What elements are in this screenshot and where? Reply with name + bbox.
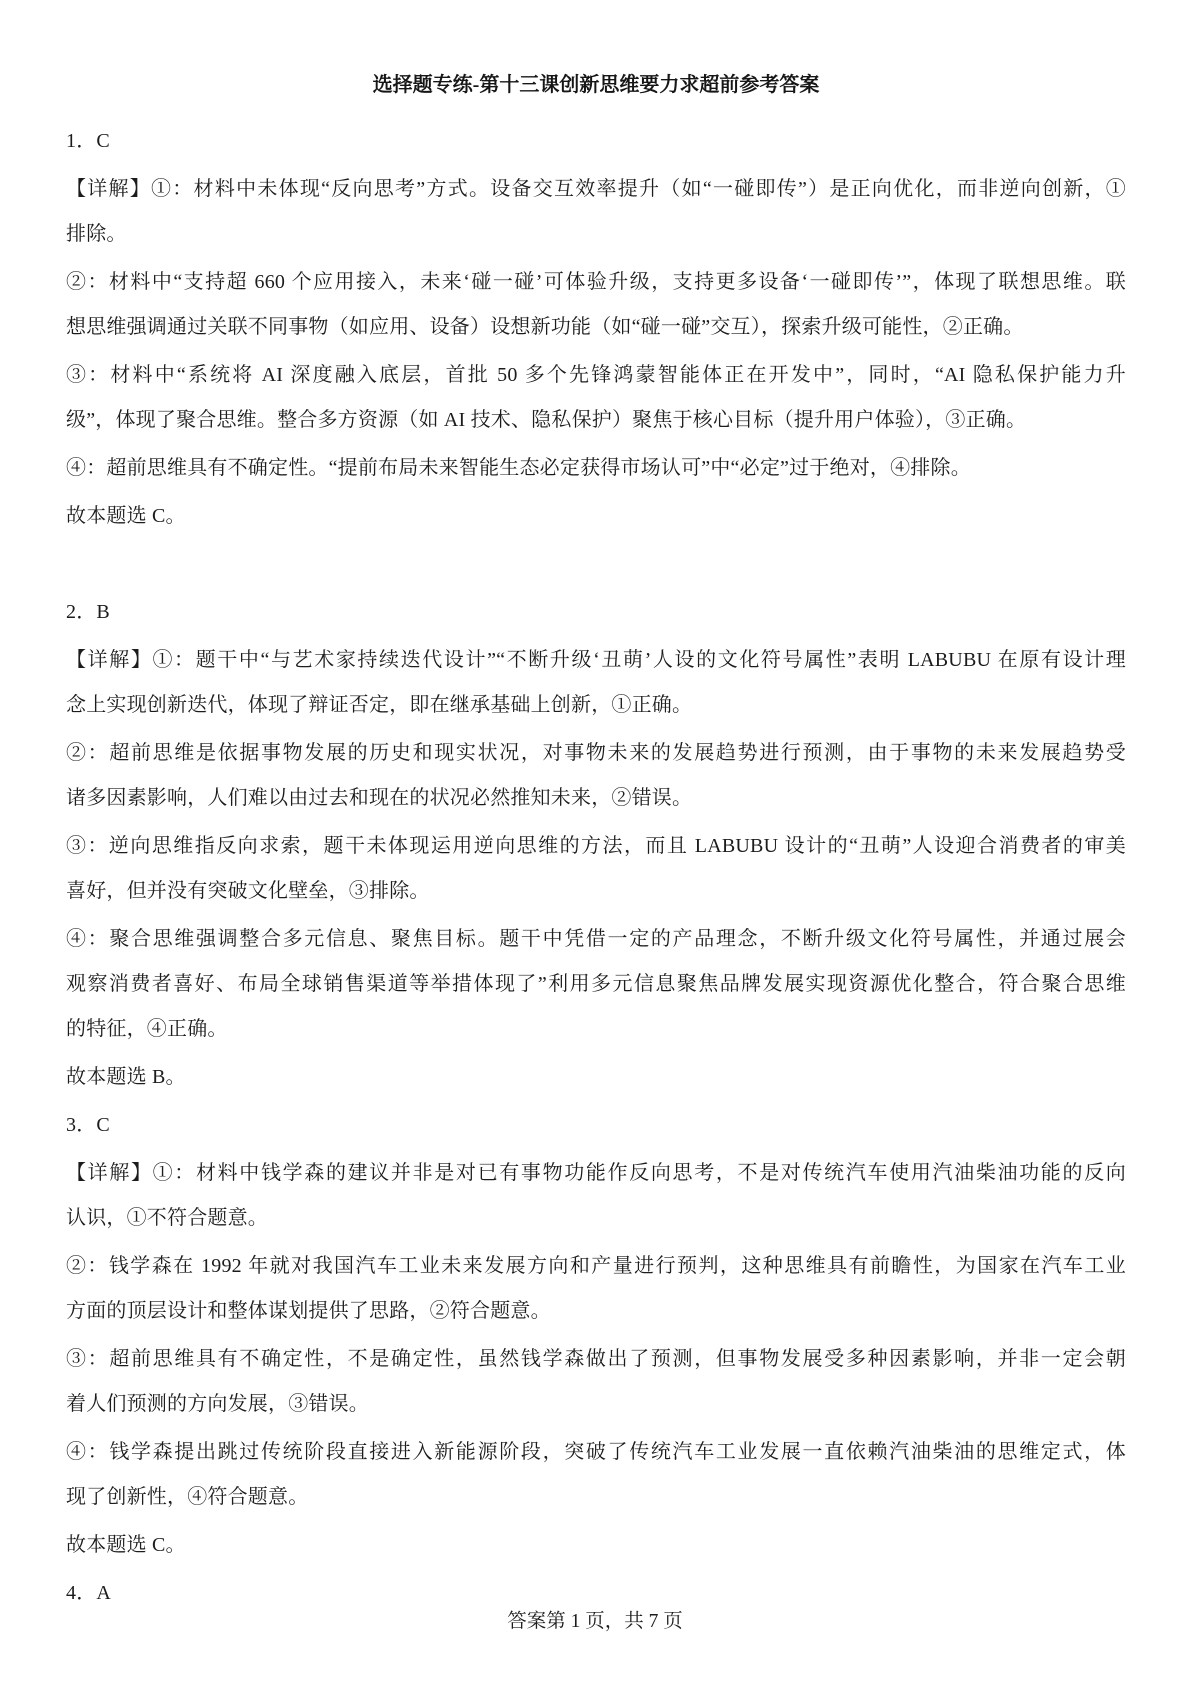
q2-conclusion: 故本题选 B。 [66, 1055, 1126, 1100]
q1-explanation-point-2: ②：材料中“支持超 660 个应用接入，未来‘碰一碰’可体验升级，支持更多设备‘… [66, 260, 1126, 350]
answer-number-3: 3．C [66, 1103, 1126, 1148]
text-line: 着人们预测的方向发展，③错误。 [66, 1382, 1126, 1427]
text-line: 想思维强调通过关联不同事物（如应用、设备）设想新功能（如“碰一碰”交互），探索升… [66, 305, 1126, 350]
text-line: 故本题选 B。 [66, 1055, 1126, 1100]
text-line: 级”，体现了聚合思维。整合多方资源（如 AI 技术、隐私保护）聚焦于核心目标（提… [66, 398, 1126, 443]
q1-explanation-point-1: 【详解】①：材料中未体现“反向思考”方式。设备交互效率提升（如“一碰即传”）是正… [66, 167, 1126, 257]
text-line: 现了创新性，④符合题意。 [66, 1475, 1126, 1520]
text-line: 【详解】①：题干中“与艺术家持续迭代设计”“不断升级‘丑萌’人设的文化符号属性”… [66, 638, 1126, 683]
q2-explanation-point-4: ④：聚合思维强调整合多元信息、聚焦目标。题干中凭借一定的产品理念，不断升级文化符… [66, 917, 1126, 1052]
q2-explanation-point-2: ②：超前思维是依据事物发展的历史和现实状况，对事物未来的发展趋势进行预测，由于事… [66, 731, 1126, 821]
text-line: ③：超前思维具有不确定性，不是确定性，虽然钱学森做出了预测，但事物发展受多种因素… [66, 1337, 1126, 1382]
text-line: 喜好，但并没有突破文化壁垒，③排除。 [66, 869, 1126, 914]
text-line: ④：钱学森提出跳过传统阶段直接进入新能源阶段，突破了传统汽车工业发展一直依赖汽油… [66, 1430, 1126, 1475]
text-line: ②：材料中“支持超 660 个应用接入，未来‘碰一碰’可体验升级，支持更多设备‘… [66, 260, 1126, 305]
answer-number-2: 2．B [66, 590, 1126, 635]
answer-number-1: 1．C [66, 119, 1126, 164]
q1-explanation-point-3: ③：材料中“系统将 AI 深度融入底层，首批 50 多个先锋鸿蒙智能体正在开发中… [66, 353, 1126, 443]
text-line: ④：超前思维具有不确定性。“提前布局未来智能生态必定获得市场认可”中“必定”过于… [66, 446, 1126, 491]
q3-conclusion: 故本题选 C。 [66, 1523, 1126, 1568]
document-body: 选择题专练-第十三课创新思维要力求超前参考答案 1．C【详解】①：材料中未体现“… [66, 70, 1126, 1619]
document-page: 选择题专练-第十三课创新思维要力求超前参考答案 1．C【详解】①：材料中未体现“… [0, 0, 1190, 1682]
q1-conclusion: 故本题选 C。 [66, 494, 1126, 539]
q3-explanation-point-1: 【详解】①：材料中钱学森的建议并非是对已有事物功能作反向思考，不是对传统汽车使用… [66, 1151, 1126, 1241]
text-line: 诸多因素影响，人们难以由过去和现在的状况必然推知未来，②错误。 [66, 776, 1126, 821]
text-line: 3．C [66, 1103, 1126, 1148]
text-line: 观察消费者喜好、布局全球销售渠道等举措体现了”利用多元信息聚焦品牌发展实现资源优… [66, 962, 1126, 1007]
text-line: ②：钱学森在 1992 年就对我国汽车工业未来发展方向和产量进行预判，这种思维具… [66, 1244, 1126, 1289]
blank-spacer [66, 542, 1126, 587]
page-footer: 答案第 1 页，共 7 页 [0, 1605, 1190, 1639]
q2-explanation-point-3: ③：逆向思维指反向求索，题干未体现运用逆向思维的方法，而且 LABUBU 设计的… [66, 824, 1126, 914]
text-line: 的特征，④正确。 [66, 1007, 1126, 1052]
q3-explanation-point-2: ②：钱学森在 1992 年就对我国汽车工业未来发展方向和产量进行预判，这种思维具… [66, 1244, 1126, 1334]
text-line: ④：聚合思维强调整合多元信息、聚焦目标。题干中凭借一定的产品理念，不断升级文化符… [66, 917, 1126, 962]
text-line: 故本题选 C。 [66, 494, 1126, 539]
answer-blocks: 1．C【详解】①：材料中未体现“反向思考”方式。设备交互效率提升（如“一碰即传”… [66, 119, 1126, 1616]
text-line: 2．B [66, 590, 1126, 635]
text-line: 排除。 [66, 212, 1126, 257]
text-line: 方面的顶层设计和整体谋划提供了思路，②符合题意。 [66, 1289, 1126, 1334]
q3-explanation-point-3: ③：超前思维具有不确定性，不是确定性，虽然钱学森做出了预测，但事物发展受多种因素… [66, 1337, 1126, 1427]
q2-explanation-point-1: 【详解】①：题干中“与艺术家持续迭代设计”“不断升级‘丑萌’人设的文化符号属性”… [66, 638, 1126, 728]
text-line: ③：逆向思维指反向求索，题干未体现运用逆向思维的方法，而且 LABUBU 设计的… [66, 824, 1126, 869]
text-line: 【详解】①：材料中未体现“反向思考”方式。设备交互效率提升（如“一碰即传”）是正… [66, 167, 1126, 212]
q1-explanation-point-4: ④：超前思维具有不确定性。“提前布局未来智能生态必定获得市场认可”中“必定”过于… [66, 446, 1126, 491]
text-line: 认识，①不符合题意。 [66, 1196, 1126, 1241]
page-title: 选择题专练-第十三课创新思维要力求超前参考答案 [66, 70, 1126, 100]
text-line: 念上实现创新迭代，体现了辩证否定，即在继承基础上创新，①正确。 [66, 683, 1126, 728]
text-line: 故本题选 C。 [66, 1523, 1126, 1568]
q3-explanation-point-4: ④：钱学森提出跳过传统阶段直接进入新能源阶段，突破了传统汽车工业发展一直依赖汽油… [66, 1430, 1126, 1520]
text-line: ③：材料中“系统将 AI 深度融入底层，首批 50 多个先锋鸿蒙智能体正在开发中… [66, 353, 1126, 398]
text-line: ②：超前思维是依据事物发展的历史和现实状况，对事物未来的发展趋势进行预测，由于事… [66, 731, 1126, 776]
text-line: 1．C [66, 119, 1126, 164]
text-line: 【详解】①：材料中钱学森的建议并非是对已有事物功能作反向思考，不是对传统汽车使用… [66, 1151, 1126, 1196]
